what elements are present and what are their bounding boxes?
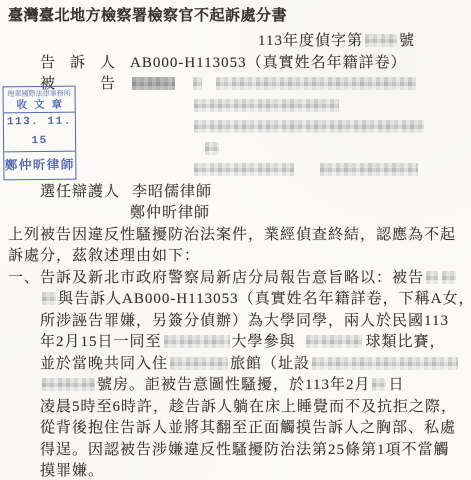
doc-line-15: 並於當晚共同入住旅館（址設: [0, 354, 471, 376]
scanned-legal-document: 臺灣臺北地方檢察署檢察官不起訴處分書 113年度偵字第號告訴人AB000-H11…: [0, 0, 471, 480]
text-run: 李昭儒律師: [132, 184, 212, 200]
text-run: 日: [388, 377, 404, 393]
stamp-firm-name: 理翠國際法律事務所: [6, 87, 73, 100]
redaction-block: [194, 99, 339, 112]
spacer: [177, 84, 191, 85]
redaction-block: [320, 163, 418, 176]
redaction-block: [194, 163, 294, 176]
doc-line-8: 鄭仲昕律師: [0, 203, 471, 225]
text-run: 一、告訴及新北市政府警察局新店分局報告意旨略以：被告: [8, 270, 424, 286]
doc-line-10: 訴處分，茲敘述理由如下：: [0, 246, 471, 268]
doc-line-20: 摸罪嫌。: [0, 461, 471, 480]
text-run: 摸罪嫌。: [40, 463, 104, 479]
spacer: [296, 170, 318, 171]
stamp-lawyer-name: 鄭仲昕律師: [4, 152, 75, 180]
text-run: 球類比賽，: [366, 334, 446, 350]
redaction-block: [205, 142, 219, 155]
doc-line-9: 上列被告因違反性騷擾防治法案件，業經偵查終結，認應為不起: [0, 225, 471, 247]
text-run: 上列被告因違反性騷擾防治法案件，業經偵查終結，認應為不起: [8, 227, 456, 243]
text-run: 旅館（址設: [230, 356, 310, 372]
text-run: 113年度偵字第: [258, 33, 363, 49]
text-run: 凌晨5時至6時許，趁告訴人躺在床上睡覺而不及抗拒之際，: [40, 399, 457, 415]
redaction-block: [306, 335, 362, 348]
doc-line-19: 得逞。因認被告涉嫌違反性騷擾防治法第25條第1項不當觸: [0, 440, 471, 462]
stamp-date: 113. 11. 15: [4, 112, 75, 153]
redaction-block: [216, 77, 416, 90]
redaction-block: [193, 77, 202, 90]
text-run: 年2月15日一同至: [40, 334, 162, 350]
text-run: 並於當晚共同入住: [40, 356, 168, 372]
stamp-receipt-label: 收文章: [4, 99, 75, 113]
text-run: AB000-H113053（真實姓名年籍詳卷）: [130, 55, 407, 71]
redaction-block: [170, 357, 228, 370]
text-run: 從背後抱住告訴人並將其翻至正面觸摸告訴人之胸部、私處: [40, 420, 456, 436]
doc-line-13: 所涉誣告罪嫌，另簽分偵辦）為大學同學，兩人於民國113: [0, 311, 471, 333]
text-run: 與告訴人AB000-H113053（真實姓名年籍詳卷，下稱A女，: [58, 291, 471, 307]
redaction-block: [42, 292, 56, 305]
redaction-block: [194, 120, 424, 133]
doc-line-7: 選任辯護人李昭儒律師: [0, 182, 471, 204]
doc-line-17: 凌晨5時至6時許，趁告訴人躺在床上睡覺而不及抗拒之際，: [0, 397, 471, 419]
spacer: [120, 192, 132, 193]
doc-line-16: 號房。詎被告意圖性騷擾，於113年2月日: [0, 375, 471, 397]
doc-line-11: 一、告訴及新北市政府警察局新店分局報告意旨略以：被告: [0, 268, 471, 290]
spacer: [116, 63, 130, 64]
redaction-block: [426, 271, 438, 284]
text-run: 鄭仲昕律師: [130, 205, 210, 221]
doc-line-0: 113年度偵字第號: [0, 31, 471, 53]
doc-line-1: 告訴人AB000-H113053（真實姓名年籍詳卷）: [0, 53, 471, 75]
text-run: 訴處分，茲敘述理由如下：: [8, 248, 200, 264]
spacer: [296, 342, 304, 343]
redaction-block: [365, 34, 397, 47]
party-label: 告訴人: [40, 53, 116, 75]
doc-line-14: 年2月15日一同至大學參與球類比賽，: [0, 332, 471, 354]
spacer: [116, 84, 130, 85]
text-run: 選任辯護人: [40, 184, 120, 200]
text-run: 大學參與: [232, 334, 296, 350]
redaction-block: [312, 357, 458, 370]
doc-line-12: 與告訴人AB000-H113053（真實姓名年籍詳卷，下稱A女，: [0, 289, 471, 311]
law-firm-receipt-stamp: 理翠國際法律事務所 收文章 113. 11. 15 鄭仲昕律師: [3, 86, 77, 181]
text-run: 號房。詎被告意圖性騷擾，於113年2月: [97, 377, 370, 393]
text-run: 得逞。因認被告涉嫌違反性騷擾防治法第25條第1項不當觸: [40, 442, 450, 458]
redaction-block: [42, 378, 95, 391]
redaction-block: [372, 378, 386, 391]
doc-line-18: 從背後抱住告訴人並將其翻至正面觸摸告訴人之胸部、私處: [0, 418, 471, 440]
redaction-block: [132, 77, 175, 90]
text-run: 號: [399, 33, 415, 49]
redaction-block: [442, 271, 456, 284]
spacer: [204, 84, 214, 85]
redaction-block: [164, 335, 230, 348]
text-run: 所涉誣告罪嫌，另簽分偵辦）為大學同學，兩人於民國113: [40, 313, 449, 329]
document-title: 臺灣臺北地方檢察署檢察官不起訴處分書: [8, 6, 471, 31]
